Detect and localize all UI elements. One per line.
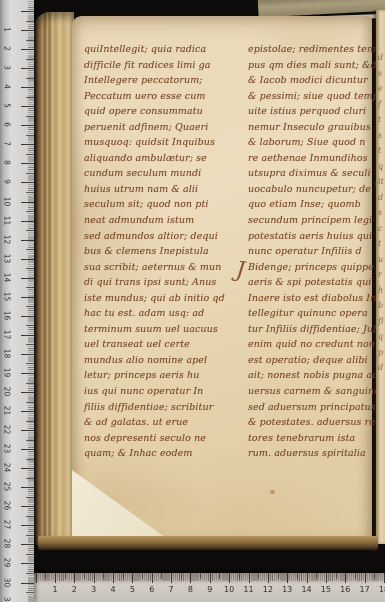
ruler-tick bbox=[26, 306, 34, 307]
ruler-tick bbox=[287, 573, 288, 583]
ruler-tick bbox=[21, 373, 34, 374]
ruler-number: 12 bbox=[261, 585, 275, 594]
ruler-tick bbox=[345, 573, 346, 583]
manuscript-line: uersus carnem & sanguine bbox=[248, 384, 374, 400]
ruler-number: 8 bbox=[3, 157, 12, 169]
ruler-tick bbox=[26, 592, 34, 593]
ruler-number: 26 bbox=[3, 500, 12, 512]
ruler-number: 28 bbox=[3, 538, 12, 550]
ruler-number: 12 bbox=[3, 233, 12, 245]
ruler-tick bbox=[190, 573, 191, 583]
ruler-number: 7 bbox=[3, 138, 12, 150]
ruler-tick bbox=[21, 49, 34, 50]
manuscript-line: nemur Inseculo grauibus bbox=[248, 120, 374, 136]
ruler-number: 21 bbox=[3, 405, 12, 417]
ruler-tick bbox=[26, 440, 34, 441]
manuscript-line: ait; nonest nobis pugna ad bbox=[248, 368, 374, 384]
ruler-tick bbox=[152, 573, 153, 583]
ruler-tick bbox=[21, 240, 34, 241]
manuscript-line: nunc operatur Infiliis d bbox=[248, 244, 374, 260]
ruler-tick bbox=[200, 573, 201, 579]
manuscript-line: uite istius perquod cluri bbox=[248, 104, 374, 120]
ruler-tick bbox=[132, 573, 133, 583]
ruler-number: 15 bbox=[3, 290, 12, 302]
manuscript-page: quiIntellegit; quia radicadifficile fit … bbox=[72, 16, 372, 548]
ruler-tick bbox=[113, 573, 114, 583]
manuscript-line: quid opere consummatu bbox=[84, 104, 246, 120]
ruler-tick bbox=[123, 573, 124, 579]
ruler-number: 10 bbox=[3, 195, 12, 207]
manuscript-line: Intellegere peccatorum; bbox=[84, 73, 246, 89]
ruler-tick bbox=[26, 573, 34, 574]
ruler-tick bbox=[26, 287, 34, 288]
ruler-tick bbox=[21, 11, 34, 12]
horizontal-ruler-mm-ticks bbox=[28, 573, 385, 581]
manuscript-line: sed admundos altior; dequi bbox=[84, 229, 246, 245]
ruler-tick bbox=[26, 230, 34, 231]
manuscript-line: hac tu est. adam usq: ad bbox=[84, 306, 246, 322]
manuscript-line: ius qui nunc operatur In bbox=[84, 384, 246, 400]
ruler-tick bbox=[336, 573, 337, 579]
ruler-tick bbox=[26, 478, 34, 479]
ruler-tick bbox=[26, 363, 34, 364]
manuscript-line: aliquando ambulætur; se bbox=[84, 151, 246, 167]
ruler-number: 13 bbox=[3, 252, 12, 264]
manuscript-line: tur Infiliis diffidentiae; Jub bbox=[248, 322, 374, 338]
manuscript-line: rum. aduersus spiritalia bbox=[248, 446, 374, 462]
ruler-tick bbox=[55, 573, 56, 583]
ruler-number: 27 bbox=[3, 519, 12, 531]
ruler-number: 11 bbox=[3, 214, 12, 226]
ruler-tick bbox=[26, 383, 34, 384]
ruler-tick bbox=[161, 573, 162, 579]
ruler-tick bbox=[21, 583, 34, 584]
manuscript-line: terminum suum uel uacuus bbox=[84, 322, 246, 338]
manuscript-line: nos depresenti seculo ne bbox=[84, 431, 246, 447]
manuscript-line: neat admundum istum bbox=[84, 213, 246, 229]
manuscript-line: Bidenge; princeps quippe bbox=[248, 260, 374, 276]
manuscript-line: difficile fit radices limi ga bbox=[84, 58, 246, 74]
ruler-tick bbox=[219, 573, 220, 579]
manuscript-line: mundus alio nomine apel bbox=[84, 353, 246, 369]
manuscript-line: Inaere isto est diabolus In bbox=[248, 291, 374, 307]
ruler-tick bbox=[21, 411, 34, 412]
ruler-tick bbox=[21, 163, 34, 164]
ruler-tick bbox=[26, 402, 34, 403]
manuscript-line: Peccatum uero esse cum bbox=[84, 89, 246, 105]
ruler-tick bbox=[26, 154, 34, 155]
manuscript-line: di qui trans ipsi sunt; Anus bbox=[84, 275, 246, 291]
ruler-tick bbox=[26, 173, 34, 174]
ruler-tick bbox=[26, 535, 34, 536]
ruler-number: 10 bbox=[222, 585, 236, 594]
ruler-number: 19 bbox=[3, 366, 12, 378]
ruler-tick bbox=[21, 449, 34, 450]
ruler-number: 17 bbox=[358, 585, 372, 594]
manuscript-line: bus & clemens Inepistula bbox=[84, 244, 246, 260]
ruler-tick bbox=[21, 297, 34, 298]
manuscript-line: sed aduersum principatus bbox=[248, 400, 374, 416]
manuscript-line: iste mundus; qui ab initio qd bbox=[84, 291, 246, 307]
ruler-number: 18 bbox=[377, 585, 385, 594]
ruler-number: 5 bbox=[3, 100, 12, 112]
ruler-number: 9 bbox=[3, 176, 12, 188]
ruler-tick bbox=[21, 487, 34, 488]
manuscript-line: est operatio; deque alibi bbox=[248, 353, 374, 369]
ruler-tick bbox=[297, 573, 298, 579]
ruler-tick bbox=[181, 573, 182, 579]
manuscript-line: quo etiam Inse; quomb bbox=[248, 197, 374, 213]
ruler-number: 23 bbox=[3, 443, 12, 455]
text-column-right: epistolae; redimentes tempus qm dies mal… bbox=[248, 42, 374, 462]
vertical-ruler-mm-ticks bbox=[28, 0, 34, 602]
ruler-tick bbox=[26, 459, 34, 460]
ruler-number: 1 bbox=[48, 585, 62, 594]
ruler-number: 11 bbox=[242, 585, 256, 594]
page-edges-bottom bbox=[38, 536, 378, 550]
ruler-tick bbox=[142, 573, 143, 579]
ruler-tick bbox=[21, 354, 34, 355]
manuscript-line: & pessimi; siue quod tempo bbox=[248, 89, 374, 105]
ruler-tick bbox=[26, 59, 34, 60]
ruler-number: 14 bbox=[300, 585, 314, 594]
ruler-tick bbox=[26, 135, 34, 136]
book: quiIntellegit; quia radicadifficile fit … bbox=[30, 10, 385, 552]
ruler-number: 24 bbox=[3, 462, 12, 474]
ruler-tick bbox=[307, 573, 308, 583]
ruler-number: 22 bbox=[3, 424, 12, 436]
ruler-tick bbox=[26, 421, 34, 422]
ruler-tick bbox=[26, 268, 34, 269]
manuscript-line: & Iacob modici dicuntur bbox=[248, 73, 374, 89]
ruler-tick bbox=[21, 182, 34, 183]
ruler-tick bbox=[21, 316, 34, 317]
vertical-ruler: 1234567891011121314151617181920212223242… bbox=[0, 0, 34, 602]
ruler-number: 2 bbox=[3, 43, 12, 55]
ruler-tick bbox=[239, 573, 240, 579]
manuscript-line: & laborum; Siue quod n bbox=[248, 135, 374, 151]
manuscript-line: secundum principem legi bbox=[248, 213, 374, 229]
ruler-tick bbox=[21, 392, 34, 393]
ruler-number: 16 bbox=[338, 585, 352, 594]
manuscript-line: musquoq: quidsit Inquibus bbox=[84, 135, 246, 151]
ruler-number: 18 bbox=[3, 347, 12, 359]
ruler-number: 6 bbox=[3, 119, 12, 131]
ruler-tick bbox=[21, 68, 34, 69]
manuscript-line: utsupra diximus & seculi bbox=[248, 166, 374, 182]
manuscript-line: tellegitur quinunc opera bbox=[248, 306, 374, 322]
manuscript-line: seculum sit; quod non pti bbox=[84, 197, 246, 213]
ruler-tick bbox=[21, 87, 34, 88]
facing-page-sliver: d se f t st q it d sc tu rh b fl q p d bbox=[376, 10, 385, 544]
ruler-number: 16 bbox=[3, 309, 12, 321]
ruler-tick bbox=[74, 573, 75, 583]
ruler-number: 4 bbox=[106, 585, 120, 594]
ruler-tick bbox=[278, 573, 279, 579]
ruler-tick bbox=[26, 344, 34, 345]
ruler-tick bbox=[26, 40, 34, 41]
ruler-tick bbox=[21, 30, 34, 31]
ruler-tick bbox=[171, 573, 172, 583]
ruler-tick bbox=[21, 125, 34, 126]
ruler-number: 20 bbox=[3, 386, 12, 398]
ruler-number: 31 bbox=[3, 595, 12, 602]
ruler-tick bbox=[21, 278, 34, 279]
manuscript-line: quiIntellegit; quia radica bbox=[84, 42, 246, 58]
ruler-tick bbox=[26, 21, 34, 22]
manuscript-line: cundum seculum mundi bbox=[84, 166, 246, 182]
ruler-tick bbox=[26, 78, 34, 79]
manuscript-line: peruenit adfinem; Quaeri bbox=[84, 120, 246, 136]
ruler-tick bbox=[21, 506, 34, 507]
manuscript-line: re aethenae Inmundihos bbox=[248, 151, 374, 167]
manuscript-line: epistolae; redimentes tem bbox=[248, 42, 374, 58]
ruler-tick bbox=[26, 249, 34, 250]
ruler-number: 3 bbox=[3, 62, 12, 74]
ruler-number: 1 bbox=[3, 24, 12, 36]
stain-spot bbox=[270, 490, 275, 494]
manuscript-line: huius utrum nam & alii bbox=[84, 182, 246, 198]
manuscript-line: & ad galatas. ut erue bbox=[84, 415, 246, 431]
ruler-tick bbox=[103, 573, 104, 579]
ruler-number: 8 bbox=[183, 585, 197, 594]
ruler-tick bbox=[94, 573, 95, 583]
ruler-tick bbox=[316, 573, 317, 579]
ruler-tick bbox=[65, 573, 66, 579]
ruler-tick bbox=[258, 573, 259, 579]
ruler-number: 9 bbox=[203, 585, 217, 594]
ruler-tick bbox=[365, 573, 366, 583]
ruler-tick bbox=[26, 516, 34, 517]
manuscript-line: letur; princeps aeris hu bbox=[84, 368, 246, 384]
ruler-tick bbox=[21, 544, 34, 545]
ruler-number: 4 bbox=[3, 81, 12, 93]
ruler-tick bbox=[21, 202, 34, 203]
manuscript-line: filiis diffidentiae; scribitur bbox=[84, 400, 246, 416]
ruler-tick bbox=[45, 573, 46, 579]
manuscript-line: uocabulo nuncupetur; de bbox=[248, 182, 374, 198]
manuscript-line: sua scribit; aeternus & mun bbox=[84, 260, 246, 276]
manuscript-photo: quiIntellegit; quia radicadifficile fit … bbox=[0, 0, 385, 602]
ruler-tick bbox=[326, 573, 327, 583]
ruler-tick bbox=[26, 116, 34, 117]
ruler-number: 7 bbox=[164, 585, 178, 594]
manuscript-line: & potestates. aduersus rec bbox=[248, 415, 374, 431]
ruler-tick bbox=[26, 497, 34, 498]
ruler-number: 17 bbox=[3, 328, 12, 340]
ruler-number: 14 bbox=[3, 271, 12, 283]
ruler-tick bbox=[26, 325, 34, 326]
manuscript-line: enim quid no credunt non bbox=[248, 337, 374, 353]
ruler-tick bbox=[26, 192, 34, 193]
ruler-tick bbox=[26, 554, 34, 555]
ruler-tick bbox=[21, 259, 34, 260]
ruler-tick bbox=[21, 563, 34, 564]
ruler-tick bbox=[229, 573, 230, 583]
ruler-tick bbox=[210, 573, 211, 583]
text-column-left: quiIntellegit; quia radicadifficile fit … bbox=[84, 42, 246, 462]
ruler-tick bbox=[355, 573, 356, 579]
ruler-number: 29 bbox=[3, 557, 12, 569]
manuscript-line: pus qm dies mali sunt; &d bbox=[248, 58, 374, 74]
manuscript-line: potestatis aeris huius qui bbox=[248, 229, 374, 245]
ruler-number: 25 bbox=[3, 481, 12, 493]
manuscript-line: uel transeat uel certe bbox=[84, 337, 246, 353]
ruler-tick bbox=[21, 144, 34, 145]
ruler-tick bbox=[21, 335, 34, 336]
ruler-tick bbox=[21, 525, 34, 526]
ruler-tick bbox=[21, 106, 34, 107]
page-edges-left bbox=[34, 12, 74, 546]
ruler-number: 5 bbox=[125, 585, 139, 594]
manuscript-line: quam; & Inhac eodem bbox=[84, 446, 246, 462]
ruler-number: 2 bbox=[67, 585, 81, 594]
ruler-tick bbox=[84, 573, 85, 579]
horizontal-ruler: 123456789101112131415161718 bbox=[28, 573, 385, 602]
ruler-tick bbox=[21, 221, 34, 222]
ruler-number: 15 bbox=[319, 585, 333, 594]
ruler-tick bbox=[374, 573, 375, 579]
ruler-tick bbox=[21, 468, 34, 469]
ruler-number: 30 bbox=[3, 576, 12, 588]
ruler-number: 3 bbox=[87, 585, 101, 594]
ruler-tick bbox=[36, 573, 37, 583]
manuscript-line: aeris & spi potestatis qui bbox=[248, 275, 374, 291]
ruler-number: 6 bbox=[145, 585, 159, 594]
manuscript-line: tores tenebrarum ista bbox=[248, 431, 374, 447]
ruler-tick bbox=[21, 430, 34, 431]
ruler-tick bbox=[268, 573, 269, 583]
ruler-number: 13 bbox=[280, 585, 294, 594]
ruler-tick bbox=[26, 211, 34, 212]
ruler-tick bbox=[249, 573, 250, 583]
facing-page-text: d se f t st q it d sc tu rh b fl q p d bbox=[376, 50, 385, 376]
ruler-tick bbox=[26, 97, 34, 98]
